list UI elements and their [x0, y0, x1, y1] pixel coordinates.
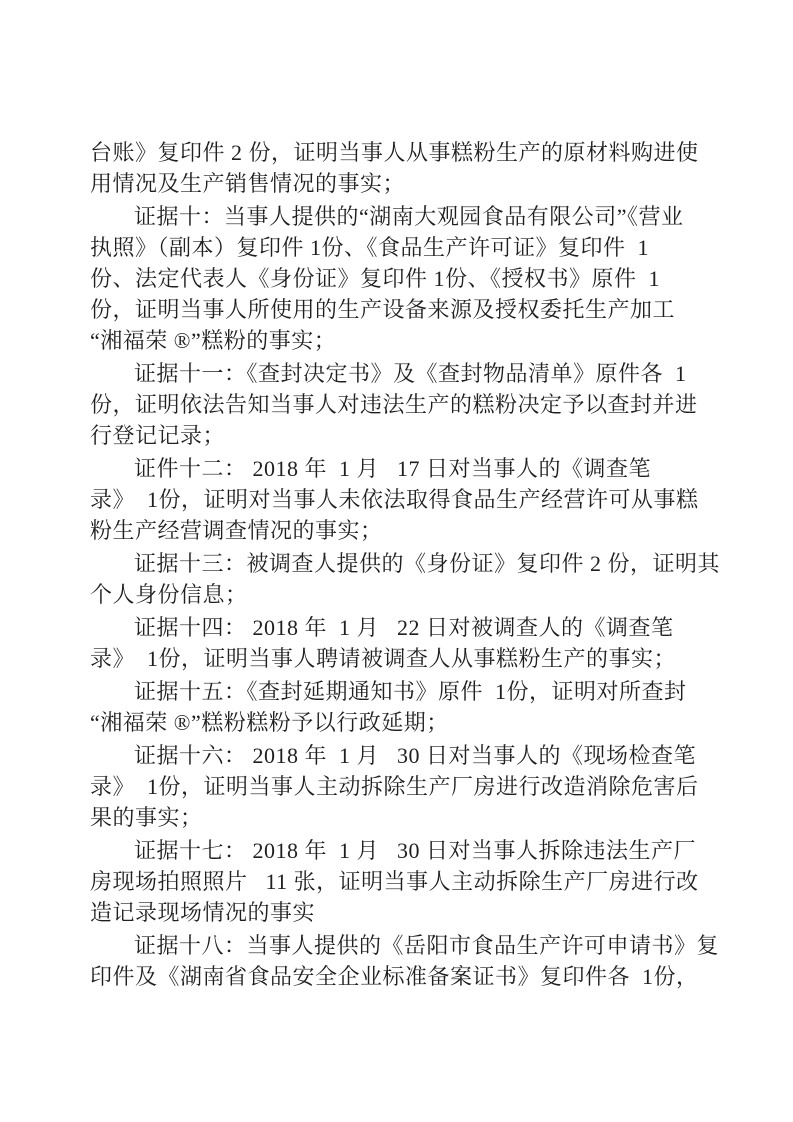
- text-line: 录》 1份，证明对当事人未依法取得食品生产经营许可从事糕: [90, 484, 730, 515]
- text-line: 份、法定代表人《身份证》复印件 1份、《授权书》原件 1: [90, 263, 730, 294]
- text-line: 证据十一：《查封决定书》及《查封物品清单》原件各 1: [90, 358, 730, 389]
- text-line: 证据十三：被调查人提供的《身份证》复印件 2 份，证明其: [90, 548, 730, 579]
- text-line: 份，证明当事人所使用的生产设备来源及授权委托生产加工: [90, 294, 730, 325]
- text-line: 证据十八：当事人提供的《岳阳市食品生产许可申请书》复: [90, 930, 730, 961]
- text-line: 录》 1份，证明当事人主动拆除生产厂房进行改造消除危害后: [90, 771, 730, 802]
- paragraph: 台账》复印件 2 份，证明当事人从事糕粉生产的原材料购进使 用情况及生产销售情况…: [90, 137, 730, 199]
- paragraph: 证据十五：《查封延期通知书》原件 1份，证明对所查封 “湘福荣 ®”糕粉糕粉予以…: [90, 676, 730, 738]
- text-line: 证据十四： 2018 年 1 月 22 日对被调查人的《调查笔: [90, 612, 730, 643]
- text-line: 用情况及生产销售情况的事实；: [90, 168, 730, 199]
- text-line: 证据十：当事人提供的“湖南大观园食品有限公司”《营业: [90, 201, 730, 232]
- paragraph: 证据十：当事人提供的“湖南大观园食品有限公司”《营业 执照》（副本）复印件 1份…: [90, 201, 730, 356]
- paragraph: 证据十八：当事人提供的《岳阳市食品生产许可申请书》复 印件及《湖南省食品安全企业…: [90, 930, 730, 992]
- text-line: 证据十七： 2018 年 1 月 30 日对当事人拆除违法生产厂: [90, 835, 730, 866]
- text-line: 执照》（副本）复印件 1份、《食品生产许可证》复印件 1: [90, 232, 730, 263]
- paragraph: 证据十三：被调查人提供的《身份证》复印件 2 份，证明其 个人身份信息；: [90, 548, 730, 610]
- text-line: 证据十六： 2018 年 1 月 30 日对当事人的《现场检查笔: [90, 740, 730, 771]
- text-line: 录》 1份，证明当事人聘请被调查人从事糕粉生产的事实；: [90, 643, 730, 674]
- text-line: 个人身份信息；: [90, 579, 730, 610]
- text-line: 证据十五：《查封延期通知书》原件 1份，证明对所查封: [90, 676, 730, 707]
- text-line: 份，证明依法告知当事人对违法生产的糕粉决定予以查封并进: [90, 389, 730, 420]
- text-line: 粉生产经营调查情况的事实；: [90, 515, 730, 546]
- document-page: 台账》复印件 2 份，证明当事人从事糕粉生产的原材料购进使 用情况及生产销售情况…: [0, 0, 793, 1122]
- text-line: 印件及《湖南省食品安全企业标准备案证书》复印件各 1份，: [90, 961, 730, 992]
- text-line: 行登记记录；: [90, 420, 730, 451]
- text-line: 房现场拍照照片 11 张，证明当事人主动拆除生产厂房进行改: [90, 866, 730, 897]
- paragraph: 证据十一：《查封决定书》及《查封物品清单》原件各 1 份，证明依法告知当事人对违…: [90, 358, 730, 451]
- text-line: 证件十二： 2018 年 1 月 17 日对当事人的《调查笔: [90, 453, 730, 484]
- text-line: 果的事实；: [90, 802, 730, 833]
- paragraph: 证据十四： 2018 年 1 月 22 日对被调查人的《调查笔 录》 1份，证明…: [90, 612, 730, 674]
- document-body: 台账》复印件 2 份，证明当事人从事糕粉生产的原材料购进使 用情况及生产销售情况…: [90, 137, 730, 994]
- text-line: 造记录现场情况的事实: [90, 897, 730, 928]
- text-line: “湘福荣 ®”糕粉糕粉予以行政延期；: [90, 707, 730, 738]
- paragraph: 证件十二： 2018 年 1 月 17 日对当事人的《调查笔 录》 1份，证明对…: [90, 453, 730, 546]
- text-line: 台账》复印件 2 份，证明当事人从事糕粉生产的原材料购进使: [90, 137, 730, 168]
- text-line: “湘福荣 ®”糕粉的事实；: [90, 325, 730, 356]
- paragraph: 证据十七： 2018 年 1 月 30 日对当事人拆除违法生产厂 房现场拍照照片…: [90, 835, 730, 928]
- paragraph: 证据十六： 2018 年 1 月 30 日对当事人的《现场检查笔 录》 1份，证…: [90, 740, 730, 833]
